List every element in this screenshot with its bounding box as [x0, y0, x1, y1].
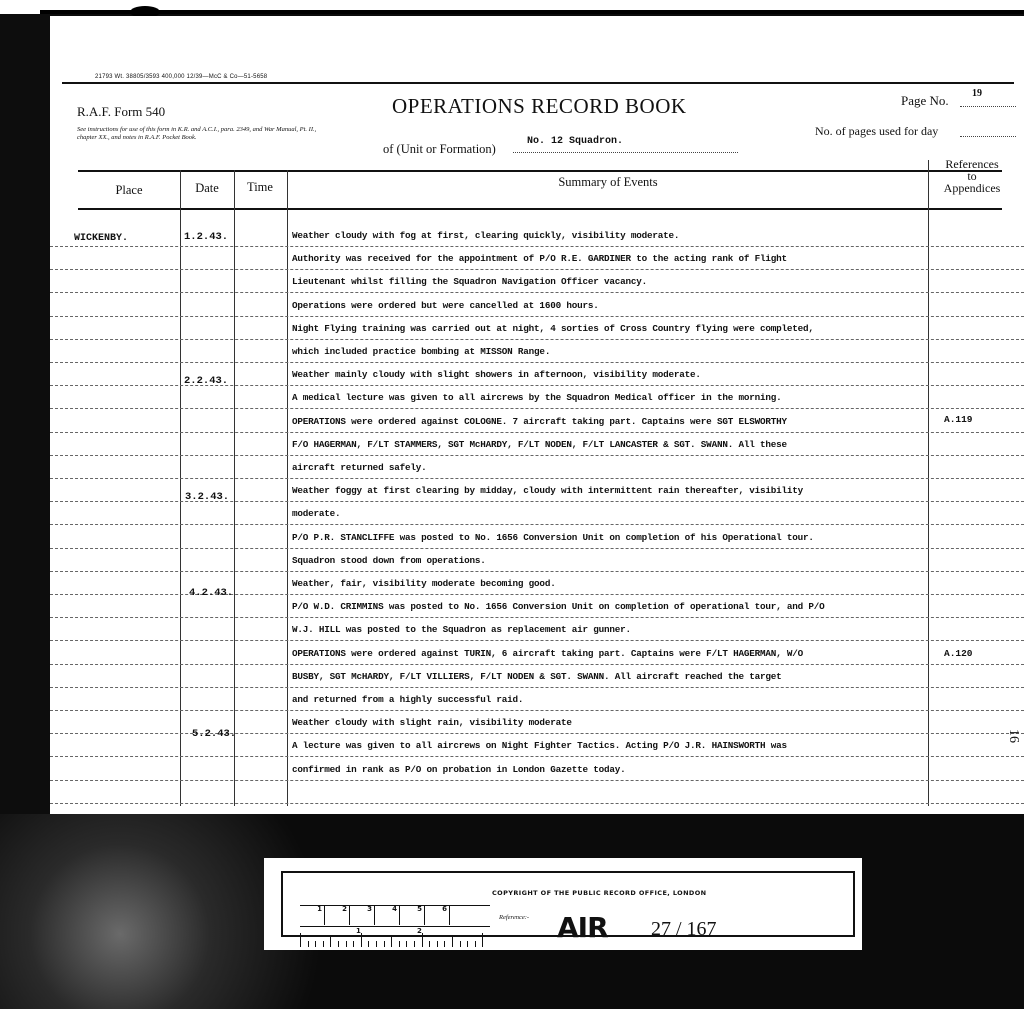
place-value: WICKENBY. — [74, 233, 128, 244]
ruled-line — [50, 640, 1024, 642]
unit-dotted-line — [513, 152, 738, 153]
ruler-tick — [300, 933, 301, 947]
event-line: Weather cloudy with fog at first, cleari… — [292, 230, 679, 241]
appendix-reference: A.120 — [944, 648, 973, 659]
ruled-line — [50, 455, 1024, 457]
ruled-line — [50, 617, 1024, 619]
unit-value: No. 12 Squadron. — [527, 136, 623, 147]
ruled-line — [50, 316, 1024, 318]
event-line: Lieutenant whilst filling the Squadron N… — [292, 276, 647, 287]
ruler-tick — [452, 937, 453, 947]
event-line: Night Flying training was carried out at… — [292, 323, 814, 334]
event-line: W.J. HILL was posted to the Squadron as … — [292, 624, 631, 635]
ruler-tick — [399, 941, 400, 947]
date-entry: 5.2.43. — [192, 728, 236, 740]
ruler-tick — [376, 941, 377, 947]
ruler-inch-mark: 2 — [417, 927, 422, 935]
ruled-line — [50, 687, 1024, 689]
column-header-time: Time — [236, 180, 284, 195]
date-entry: 4.2.43. — [189, 587, 233, 599]
ruler-tick — [429, 941, 430, 947]
ruled-line — [50, 362, 1024, 364]
stamp-frame: COPYRIGHT OF THE PUBLIC RECORD OFFICE, L… — [281, 871, 855, 937]
reference-series: AIR — [557, 911, 608, 944]
date-entry: 1.2.43. — [184, 231, 228, 243]
scan-background-left — [0, 14, 50, 814]
document-title: OPERATIONS RECORD BOOK — [392, 94, 687, 119]
ruled-line — [50, 246, 1024, 248]
ruled-line — [50, 478, 1024, 480]
form-name: R.A.F. Form 540 — [77, 104, 165, 120]
copyright-stamp: COPYRIGHT OF THE PUBLIC RECORD OFFICE, L… — [264, 858, 862, 950]
ruled-line — [50, 664, 1024, 666]
ruler-tick — [368, 941, 369, 947]
ruler-tick — [467, 941, 468, 947]
event-line: OPERATIONS were ordered against COLOGNE.… — [292, 416, 787, 427]
date-entry: 2.2.43. — [184, 375, 228, 387]
header-rule-top — [78, 170, 1002, 172]
event-line: confirmed in rank as P/O on probation in… — [292, 764, 626, 775]
pages-used-dotted-line — [960, 136, 1016, 137]
ruler-tick — [422, 933, 423, 947]
page-number-value: 19 — [972, 88, 982, 99]
pages-used-label: No. of pages used for day — [815, 124, 938, 139]
event-line: BUSBY, SGT McHARDY, F/LT VILLIERS, F/LT … — [292, 671, 782, 682]
column-header-summary: Summary of Events — [290, 175, 926, 190]
margin-number: 16 — [1005, 729, 1021, 743]
event-line: A lecture was given to all aircrews on N… — [292, 740, 787, 751]
ruled-line — [50, 780, 1024, 782]
ruled-line — [50, 571, 1024, 573]
ruler-inch-mark: 1 — [356, 927, 361, 935]
ruler-cm-mark: 4 — [375, 905, 400, 925]
copyright-text: COPYRIGHT OF THE PUBLIC RECORD OFFICE, L… — [492, 889, 706, 897]
reference-piece: 27 / 167 — [651, 918, 717, 941]
ruler-tick — [338, 941, 339, 947]
event-line: Squadron stood down from operations. — [292, 555, 486, 566]
ruled-line — [50, 524, 1024, 526]
ruled-line — [50, 432, 1024, 434]
ruler-cm-mark: 1 — [300, 905, 325, 925]
event-line: Weather foggy at first clearing by midda… — [292, 485, 803, 496]
event-line: Authority was received for the appointme… — [292, 253, 787, 264]
ruled-line — [50, 339, 1024, 341]
references-line-3: Appendices — [932, 182, 1012, 194]
ruled-line — [50, 292, 1024, 294]
event-line: and returned from a highly successful ra… — [292, 694, 523, 705]
ruler-tick — [460, 941, 461, 947]
event-line: A medical lecture was given to all aircr… — [292, 392, 782, 403]
binding-edge — [40, 10, 1024, 14]
ruler-tick — [330, 937, 331, 947]
ruled-line — [50, 269, 1024, 271]
ruled-line — [50, 710, 1024, 712]
event-line: P/O P.R. STANCLIFFE was posted to No. 16… — [292, 532, 814, 543]
printer-imprint: 21793 Wt. 38805/3593 400,000 12/39—McC &… — [95, 74, 267, 80]
ruler-tick — [323, 941, 324, 947]
date-entry: 3.2.43. — [185, 491, 229, 503]
column-header-place: Place — [78, 183, 180, 198]
event-line: Weather mainly cloudy with slight shower… — [292, 369, 701, 380]
reference-label: Reference:- — [499, 914, 529, 921]
form-instructions: See instructions for use of this form in… — [77, 126, 317, 142]
ruler-tick — [482, 933, 483, 947]
event-line: F/O HAGERMAN, F/LT STAMMERS, SGT McHARDY… — [292, 439, 787, 450]
column-header-date: Date — [182, 181, 232, 196]
ruler-tick — [361, 933, 362, 947]
ruler-tick — [475, 941, 476, 947]
top-rule — [62, 82, 1014, 84]
event-line: Weather, fair, visibility moderate becom… — [292, 578, 556, 589]
ruled-line — [50, 548, 1024, 550]
event-line: OPERATIONS were ordered against TURIN, 6… — [292, 648, 803, 659]
ruler-tick — [308, 941, 309, 947]
ruler-tick — [437, 941, 438, 947]
event-line: which included practice bombing at MISSO… — [292, 346, 550, 357]
unit-label: of (Unit or Formation) — [383, 142, 496, 157]
ruler-tick — [414, 941, 415, 947]
scale-ruler: 12345612 — [300, 905, 490, 947]
appendix-reference: A.119 — [944, 414, 973, 425]
ruler-tick — [346, 941, 347, 947]
ruler-tick — [353, 941, 354, 947]
ruler-tick — [391, 937, 392, 947]
column-header-references: References to Appendices — [932, 158, 1012, 194]
ruled-line — [50, 803, 1024, 805]
ruler-tick — [315, 941, 316, 947]
ruler-tick — [384, 941, 385, 947]
event-line: P/O W.D. CRIMMINS was posted to No. 1656… — [292, 601, 825, 612]
event-line: aircraft returned safely. — [292, 462, 426, 473]
ruler-cm-mark: 2 — [325, 905, 350, 925]
ruler-tick — [444, 941, 445, 947]
ruler-cm-mark: 6 — [425, 905, 450, 925]
page-number-label: Page No. — [901, 93, 949, 109]
ruler-tick — [406, 941, 407, 947]
event-line: Weather cloudy with slight rain, visibil… — [292, 717, 572, 728]
event-line: moderate. — [292, 508, 340, 519]
ruler-cm-mark: 5 — [400, 905, 425, 925]
ruled-line — [50, 408, 1024, 410]
ruled-line — [50, 756, 1024, 758]
page-number-dotted-line — [960, 106, 1016, 107]
event-line: Operations were ordered but were cancell… — [292, 300, 599, 311]
header-rule-bottom — [78, 208, 1002, 210]
ruler-cm-mark: 3 — [350, 905, 375, 925]
